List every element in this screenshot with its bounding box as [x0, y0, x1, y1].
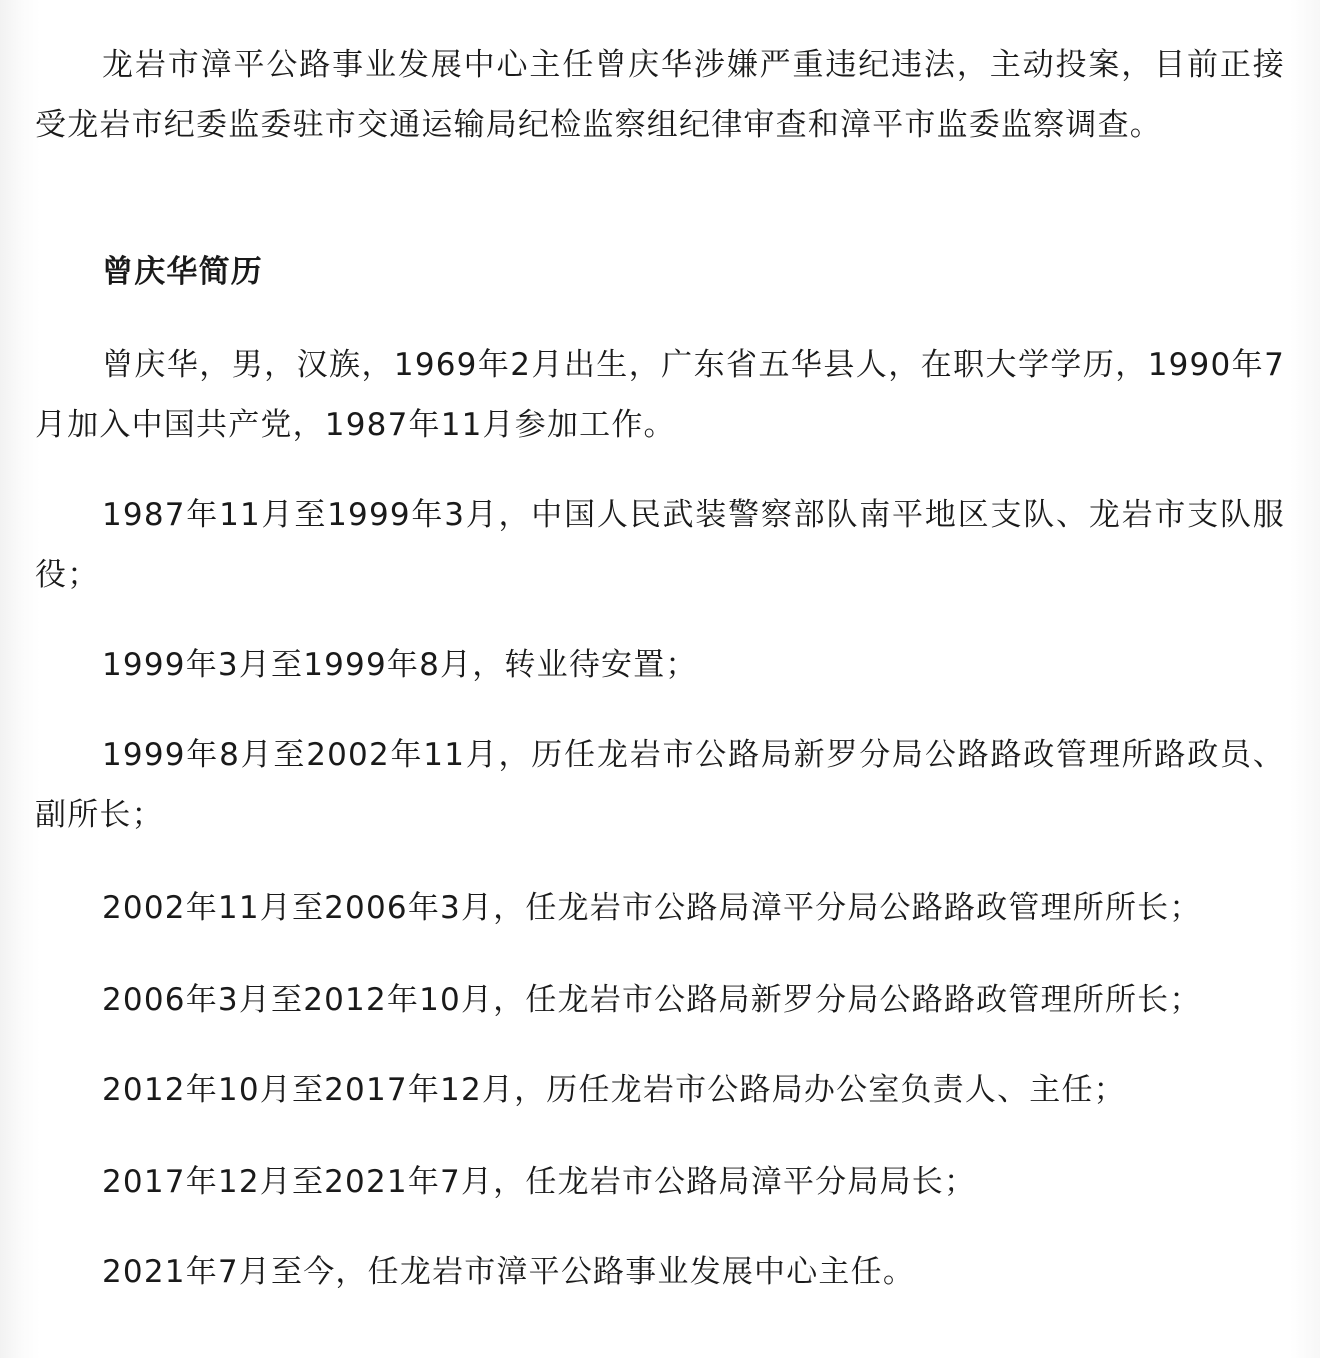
resume-item: 1999年3月至1999年8月，转业待安置；: [35, 635, 1285, 695]
intro-paragraph: 龙岩市漳平公路事业发展中心主任曾庆华涉嫌严重违纪违法，主动投案，目前正接受龙岩市…: [35, 35, 1285, 155]
resume-item: 2021年7月至今，任龙岩市漳平公路事业发展中心主任。: [35, 1242, 1285, 1302]
resume-item: 1999年8月至2002年11月，历任龙岩市公路局新罗分局公路路政管理所路政员、…: [35, 725, 1285, 845]
resume-item: 2012年10月至2017年12月，历任龙岩市公路局办公室负责人、主任；: [35, 1060, 1285, 1120]
section-heading: 曾庆华简历: [35, 242, 1285, 302]
profile-paragraph: 曾庆华，男，汉族，1969年2月出生，广东省五华县人，在职大学学历，1990年7…: [35, 335, 1285, 455]
document-page: 龙岩市漳平公路事业发展中心主任曾庆华涉嫌严重违纪违法，主动投案，目前正接受龙岩市…: [0, 0, 1320, 1358]
resume-item: 1987年11月至1999年3月，中国人民武装警察部队南平地区支队、龙岩市支队服…: [35, 485, 1285, 605]
resume-item: 2002年11月至2006年3月，任龙岩市公路局漳平分局公路路政管理所所长；: [35, 878, 1285, 938]
resume-item: 2006年3月至2012年10月，任龙岩市公路局新罗分局公路路政管理所所长；: [35, 970, 1285, 1030]
resume-item: 2017年12月至2021年7月，任龙岩市公路局漳平分局局长；: [35, 1152, 1285, 1212]
